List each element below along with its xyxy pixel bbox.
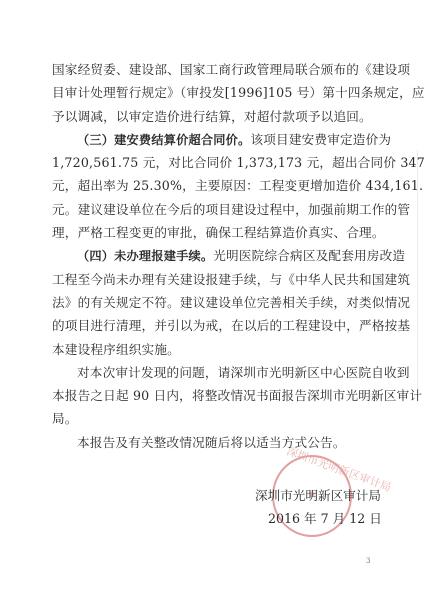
signature-issuer: 深圳市光明新区审计局 xyxy=(255,484,381,507)
text-line: 对本次审计发现的问题，请深圳市光明新区中心医院自收到 xyxy=(52,361,377,384)
section-heading-line: （三）建安费结算价超合同价。该项目建安费审定造价为 xyxy=(52,128,377,151)
text-line: 1,720,561.75 元，对比合同价 1,373,173 元，超出合同价 3… xyxy=(52,151,377,174)
text-line: 工程至今尚未办理有关建设报建手续，与《中华人民共和国建筑 xyxy=(52,268,377,291)
section-heading-line: （四）未办理报建手续。光明医院综合病区及配套用房改造 xyxy=(52,244,377,267)
section-heading-3: （三）建安费结算价超合同价。 xyxy=(77,133,250,147)
text-line: 法》的有关规定不符。建议建设单位完善相关手续，对类似情况 xyxy=(52,291,377,314)
text-line: 该项目建安费审定造价为 xyxy=(250,132,391,147)
text-line: 予以调减，以审定造价进行结算，对超付款项予以追回。 xyxy=(52,105,377,128)
text-line: 本报告之日起 90 日内，将整改情况书面报告深圳市光明新区审计 xyxy=(52,384,377,407)
text-line: 理，严格工程变更的审批，确保工程结算造价真实、合理。 xyxy=(52,221,377,244)
text-line: 光明医院综合病区及配套用房改造 xyxy=(213,248,405,263)
text-line: 本建设程序组织实施。 xyxy=(52,338,377,361)
text-line: 元，超出率为 25.30%，主要原因：工程变更增加造价 434,161.37 xyxy=(52,174,377,197)
text-line: 局。 xyxy=(52,407,377,430)
text-line: 元。建议建设单位在今后的项目建设过程中，加强前期工作的管 xyxy=(52,198,377,221)
text-line: 国家经贸委、建设部、国家工商行政管理局联合颁布的《建设项 xyxy=(52,58,377,81)
signature-date: 2016 年 7 月 12 日 xyxy=(268,507,382,530)
document-page: 国家经贸委、建设部、国家工商行政管理局联合颁布的《建设项 目审计处理暂行规定》（… xyxy=(0,0,424,600)
text-line: 的项目进行清理，并引以为戒，在以后的工程建设中，严格按基 xyxy=(52,314,377,337)
page-number: 3 xyxy=(366,557,370,565)
section-heading-4: （四）未办理报建手续。 xyxy=(77,249,213,263)
text-line: 本报告及有关整改情况随后将以适当方式公告。 xyxy=(52,431,377,454)
text-line: 目审计处理暂行规定》（审投发[1996]105 号）第十四条规定，应 xyxy=(52,81,377,104)
report-body: 国家经贸委、建设部、国家工商行政管理局联合颁布的《建设项 目审计处理暂行规定》（… xyxy=(52,58,377,454)
